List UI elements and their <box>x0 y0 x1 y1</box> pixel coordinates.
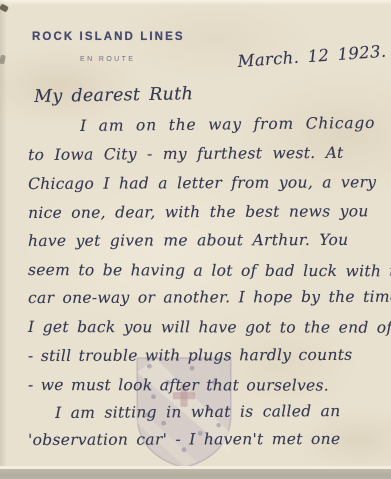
letter-line: car one-way or another. I hope by the ti… <box>28 288 391 307</box>
letter-line: I am on the way from Chicago <box>80 114 375 135</box>
letter-line: have yet given me about Arthur. You <box>28 231 348 250</box>
scanned-letter-page: ROCK ISLAND LINES EN ROUTE March. 12 192… <box>0 0 391 479</box>
letter-line: Chicago I had a letter from you, a very <box>28 173 376 193</box>
letterhead-subtitle: EN ROUTE <box>80 56 135 63</box>
letter-line: I get back you will have got to the end … <box>28 318 391 337</box>
letter-line: 'observation car' - I haven't met one <box>28 430 340 449</box>
letter-line: I am sitting in what is called an <box>55 402 341 422</box>
scan-ink-speck <box>0 55 6 65</box>
letter-line: to Iowa City - my furthest west. At <box>28 144 344 164</box>
letter-line: seem to be having a lot of bad luck with… <box>28 261 391 280</box>
scan-bottom-edge <box>0 469 391 479</box>
letter-date: March. 12 1923. <box>237 42 387 71</box>
scan-ink-speck <box>0 3 9 12</box>
letter-line: - still trouble with plugs hardly counts <box>28 346 353 365</box>
letter-line: - we must look after that ourselves. <box>28 376 329 395</box>
letter-line: nice one, dear, with the best news you <box>28 202 369 222</box>
letterhead-title: ROCK ISLAND LINES <box>32 31 185 43</box>
letter-salutation: My dearest Ruth <box>34 84 193 107</box>
